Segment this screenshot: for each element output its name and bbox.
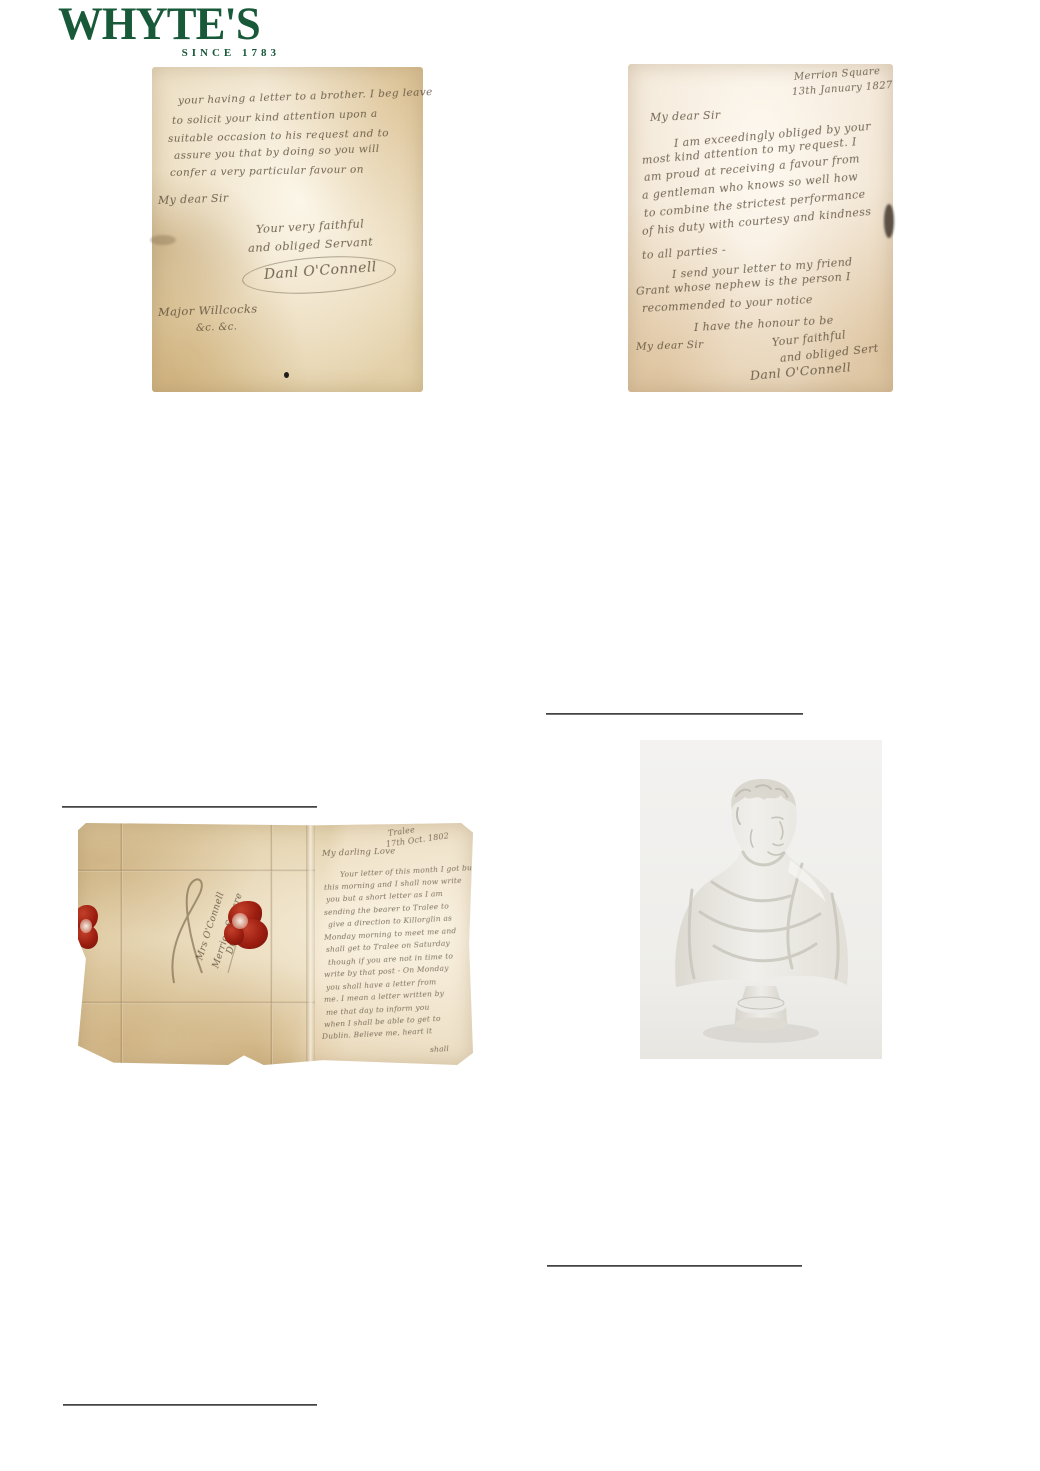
edge-stain	[884, 204, 894, 238]
handwriting-line: &c. &c.	[196, 322, 238, 334]
handwriting-line: Your very faithful	[256, 216, 365, 236]
address-flourish	[78, 823, 315, 1065]
handwriting-line: My darling Love	[322, 846, 396, 859]
handwriting-line: Merrion Square	[794, 66, 881, 83]
letter-photo-3: Mrs O'Connell Merrion Square Dublin Tral…	[78, 823, 473, 1065]
handwriting-line: and obliged Servant	[248, 234, 374, 255]
letter-photo-1: your having a letter to a brother. I beg…	[152, 67, 423, 392]
handwriting-line: to solicit your kind attention upon a	[172, 108, 378, 127]
handwriting-line: to all parties -	[642, 243, 727, 262]
handwriting-line: My dear Sir	[158, 192, 229, 207]
lot-divider-rule	[63, 1404, 317, 1406]
brand-wordmark: WHYTE'S	[58, 2, 269, 46]
catalogue-page: WHYTE'S SINCE 1783 your having a letter …	[0, 0, 1040, 1471]
handwriting-line: My dear Sir	[650, 109, 721, 124]
wax-seal	[74, 903, 104, 951]
handwriting-line: Dublin. Believe me, heart it	[322, 1026, 433, 1041]
handwriting-line: your having a letter to a brother. I beg…	[178, 86, 433, 107]
handwriting-line: My dear Sir	[636, 339, 704, 353]
handwriting-line: confer a very particular favour on	[170, 164, 364, 179]
bust-illustration	[640, 740, 882, 1059]
handwriting-line: suitable occasion to his request and to	[168, 127, 389, 145]
ink-dot	[284, 372, 289, 378]
handwriting-line: shall	[430, 1044, 449, 1054]
lot-divider-rule	[547, 1265, 802, 1267]
brand-logo: WHYTE'S SINCE 1783	[58, 2, 280, 59]
ink-smudge	[150, 235, 176, 245]
lot-divider-rule	[546, 713, 803, 715]
bust-photo	[640, 740, 882, 1059]
handwriting-line: 13th January 1827	[792, 80, 894, 98]
letter-photo-2: Merrion Square 13th January 1827 My dear…	[628, 64, 893, 392]
handwriting-line: recommended to your notice	[642, 293, 813, 315]
handwriting-line: Major Willcocks	[158, 302, 258, 319]
lot-divider-rule	[62, 806, 317, 808]
handwriting-line: assure you that by doing so you will	[174, 143, 380, 162]
wax-seal	[224, 901, 270, 955]
signature: Danl O'Connell	[749, 359, 851, 383]
